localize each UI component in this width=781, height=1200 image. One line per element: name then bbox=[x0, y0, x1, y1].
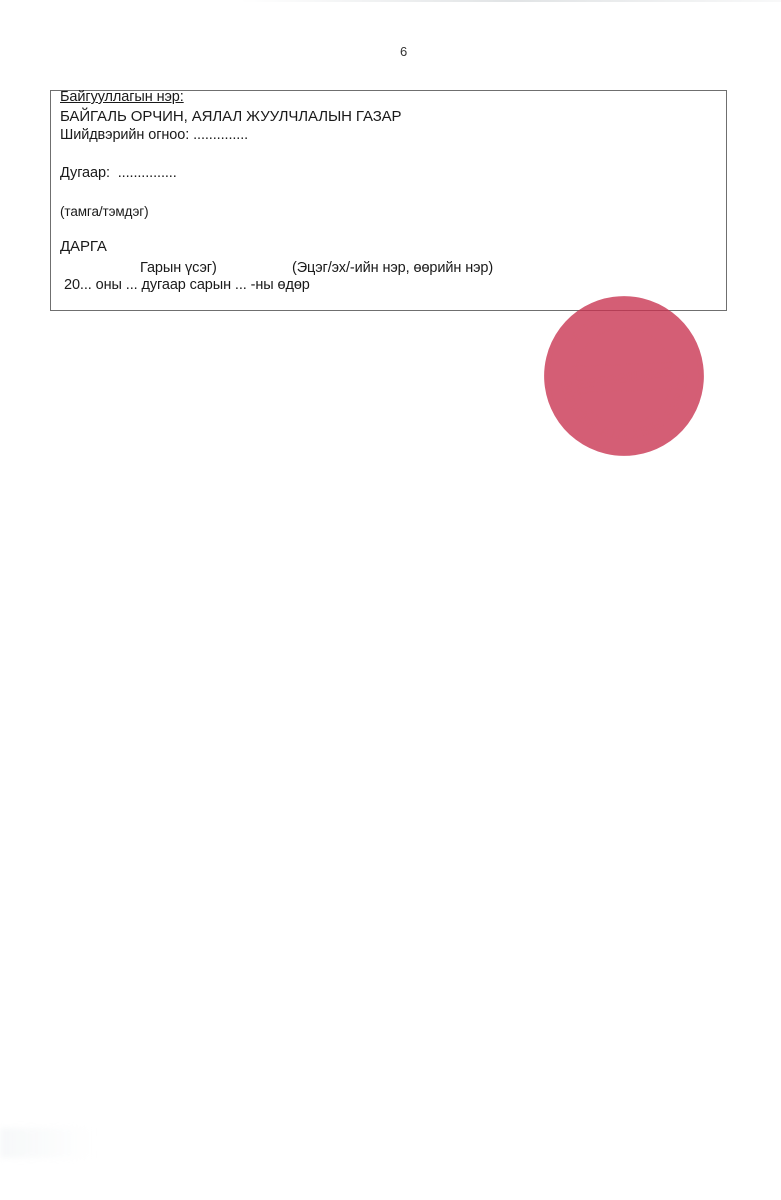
org-name: БАЙГАЛЬ ОРЧИН, АЯЛАЛ ЖУУЛЧЛАЛЫН ГАЗАР bbox=[60, 108, 401, 125]
page-number: 6 bbox=[400, 44, 407, 59]
approval-stamp: МОНГОЛ УЛС ТӨРИЙН АЛБАНЫ ЗӨВЛӨЛ ЗӨВШӨӨРӨ… bbox=[530, 282, 717, 469]
decision-number-field: Дугаар: ............... bbox=[60, 165, 177, 182]
name-label: (Эцэг/эх/-ийн нэр, өөрийн нэр) bbox=[292, 260, 493, 277]
signing-date-line: 20... оны ... дугаар сарын ... -ны өдөр bbox=[64, 277, 310, 294]
stamp-seal-icon: МОНГОЛ УЛС ТӨРИЙН АЛБАНЫ ЗӨВЛӨЛ ЗӨВШӨӨРӨ… bbox=[530, 282, 717, 469]
seal-note: (тамга/тэмдэг) bbox=[60, 203, 149, 220]
signature-block: Байгууллагын нэр: БАЙГАЛЬ ОРЧИН, АЯЛАЛ Ж… bbox=[50, 90, 727, 311]
org-label: Байгууллагын нэр: bbox=[60, 89, 184, 106]
scan-smudge-artifact bbox=[0, 1128, 95, 1158]
decision-date-field: Шийдвэрийн огноо: .............. bbox=[60, 127, 248, 144]
scan-edge-artifact bbox=[240, 0, 781, 2]
signature-label: Гарын үсэг) bbox=[140, 260, 217, 277]
position-title: ДАРГА bbox=[60, 238, 107, 255]
